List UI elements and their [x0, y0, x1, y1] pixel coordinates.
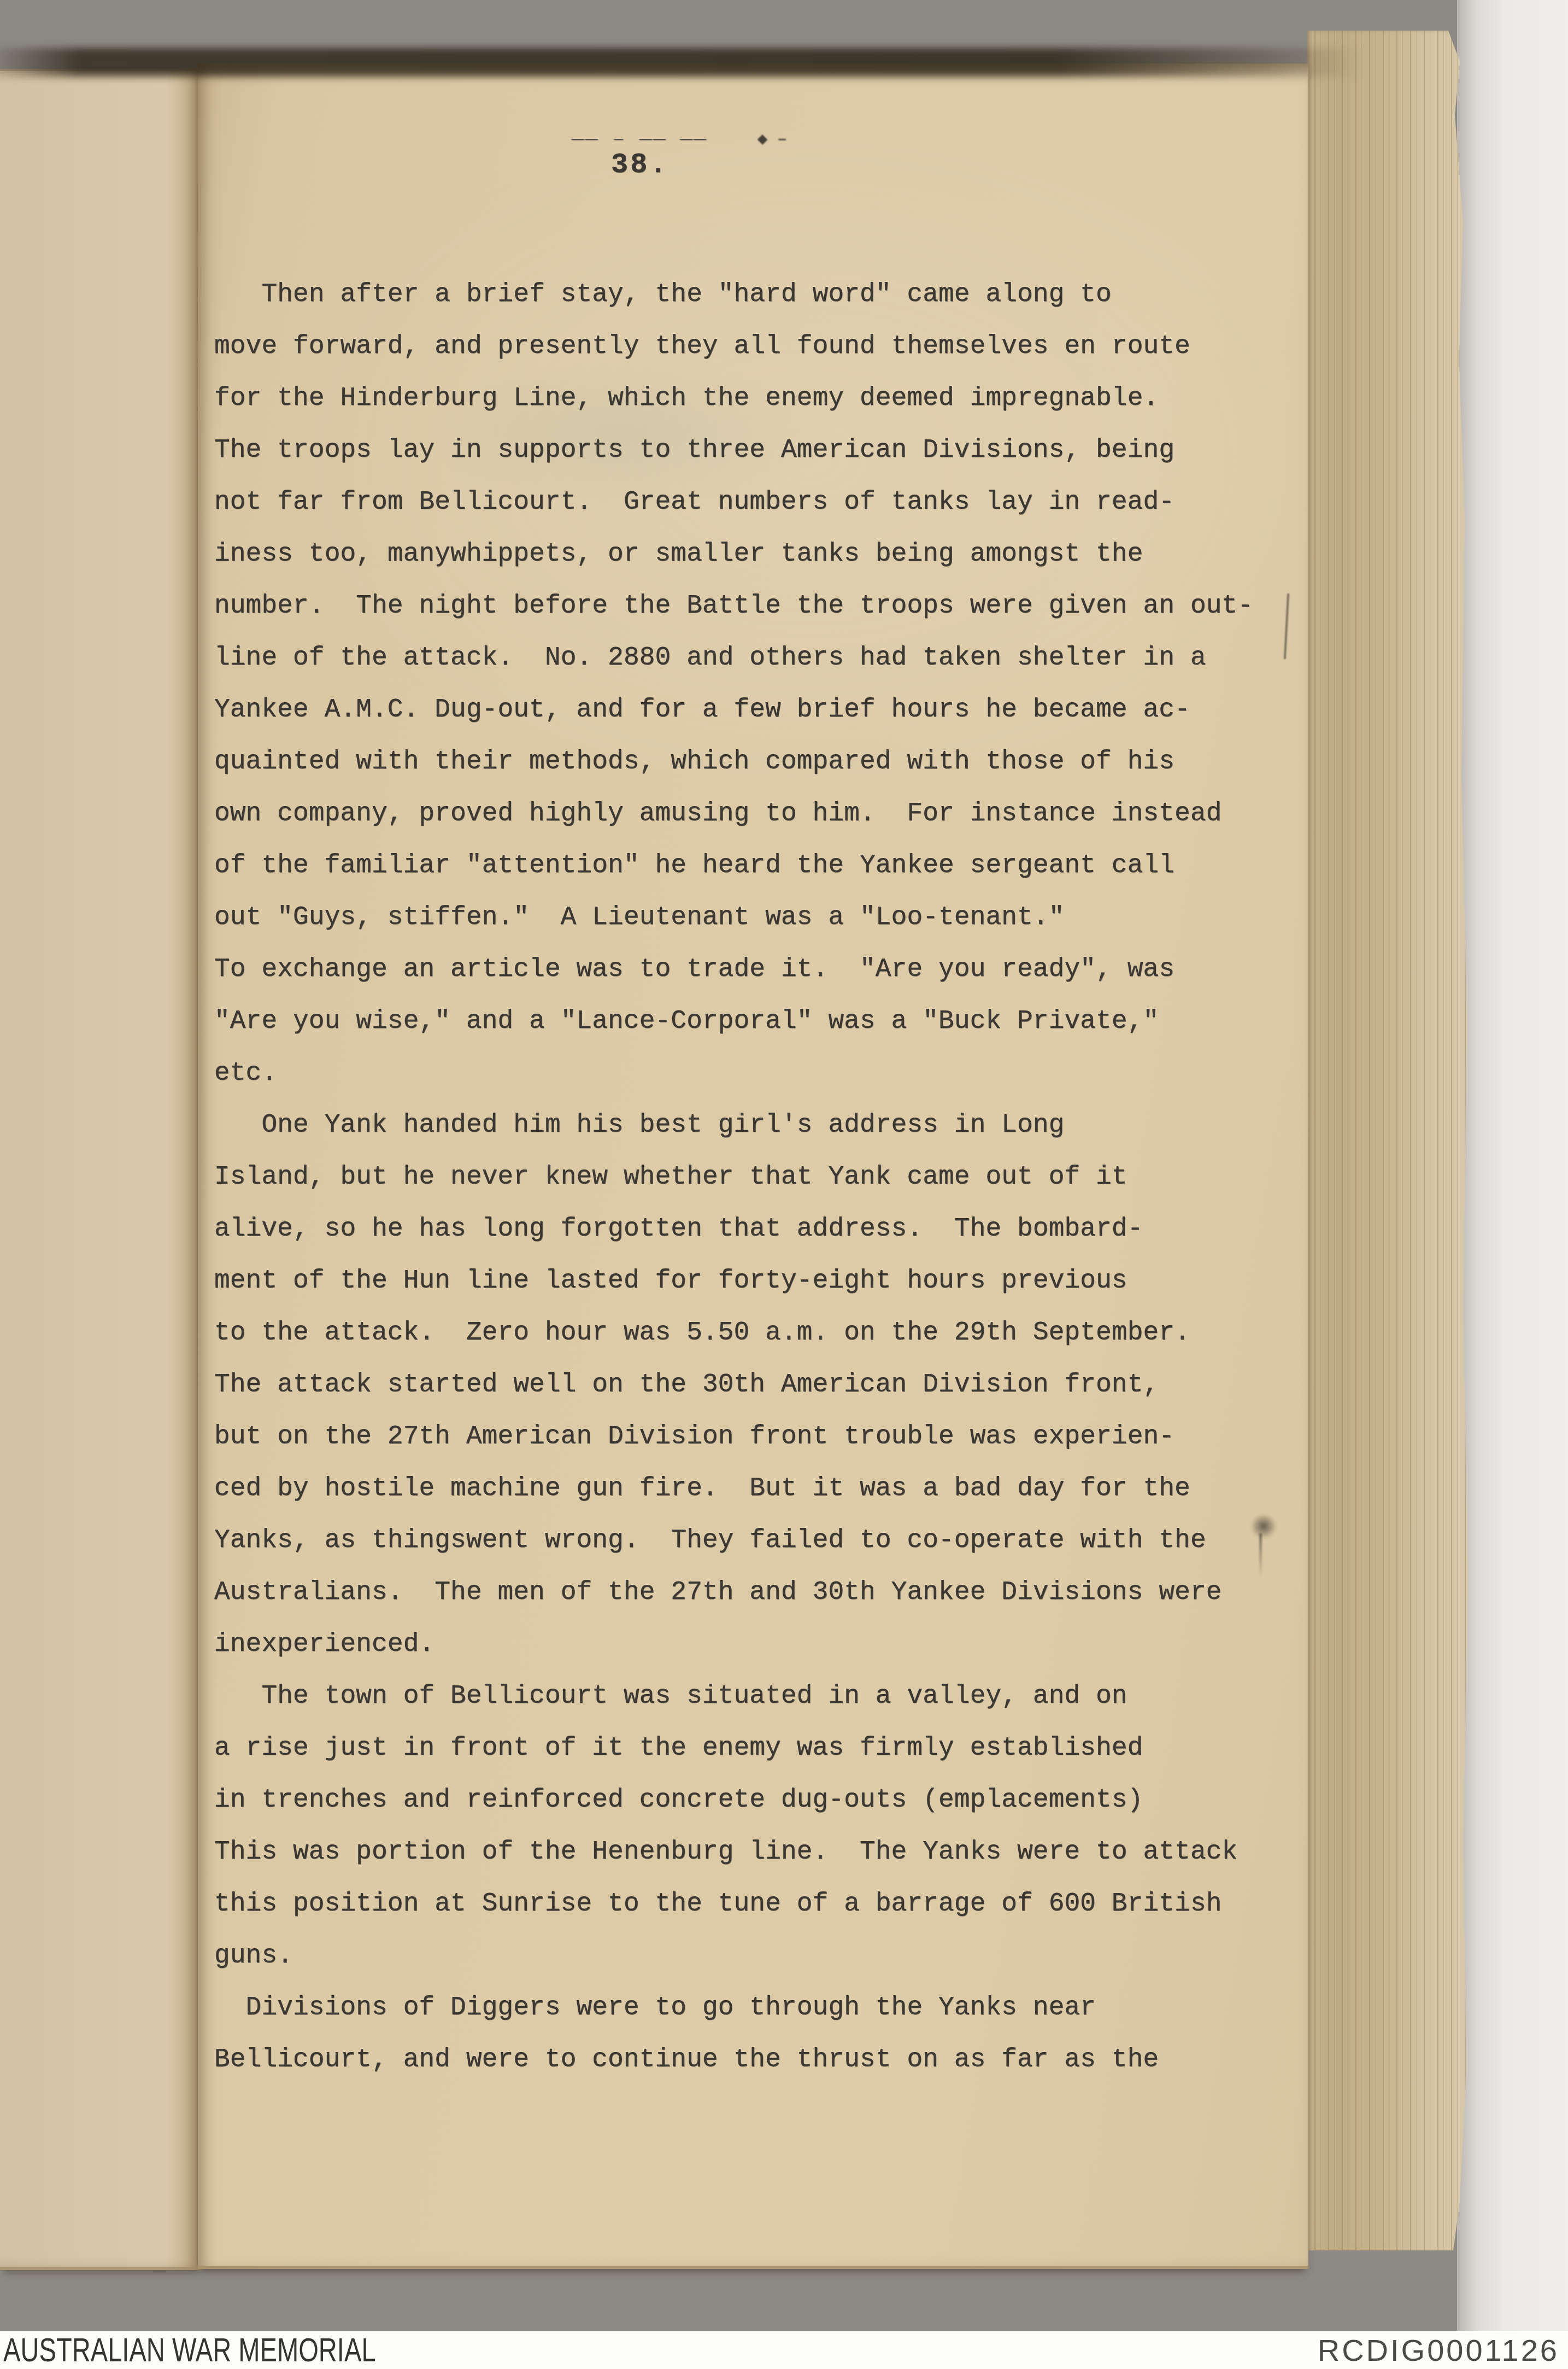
- text-line: quainted with their methods, which compa…: [214, 736, 1305, 788]
- text-line: One Yank handed him his best girl's addr…: [214, 1100, 1305, 1151]
- text-line: To exchange an article was to trade it. …: [214, 944, 1305, 996]
- text-line: etc.: [214, 1048, 1305, 1100]
- text-line: The attack started well on the 30th Amer…: [214, 1359, 1305, 1411]
- text-line: Then after a brief stay, the "hard word"…: [214, 269, 1305, 321]
- text-line: iness too, manywhippets, or smaller tank…: [214, 528, 1305, 580]
- text-line: but on the 27th American Division front …: [214, 1411, 1305, 1463]
- text-line: "Are you wise," and a "Lance-Corporal" w…: [214, 996, 1305, 1048]
- text-line: Australians. The men of the 27th and 30t…: [214, 1567, 1305, 1619]
- text-line: inexperienced.: [214, 1619, 1305, 1671]
- facing-page-edge: [0, 69, 202, 2270]
- text-line: line of the attack. No. 2880 and others …: [214, 632, 1305, 684]
- ink-smudge: [1250, 1514, 1277, 1539]
- text-line: Divisions of Diggers were to go through …: [214, 1982, 1305, 2034]
- text-line: a rise just in front of it the enemy was…: [214, 1723, 1305, 1774]
- text-line: This was portion of the Henenburg line. …: [214, 1826, 1305, 1878]
- text-line: The troops lay in supports to three Amer…: [214, 425, 1305, 477]
- text-line: Bellicourt, and were to continue the thr…: [214, 2034, 1305, 2086]
- footer-bar: AUSTRALIAN WAR MEMORIAL RCDIG0001126: [0, 2331, 1568, 2369]
- text-line: out "Guys, stiffen." A Lieutenant was a …: [214, 892, 1305, 944]
- text-line: Yanks, as thingswent wrong. They failed …: [214, 1515, 1305, 1567]
- ink-dot-mark: ◆ –: [757, 129, 787, 149]
- text-line: in trenches and reinforced concrete dug-…: [214, 1774, 1305, 1826]
- text-line: The town of Bellicourt was situated in a…: [214, 1671, 1305, 1723]
- text-line: ment of the Hun line lasted for forty-ei…: [214, 1255, 1305, 1307]
- scanned-document-photo: —— – —— —— ◆ – 38. Then after a brief st…: [0, 0, 1568, 2369]
- footer-document-id: RCDIG0001126: [1318, 2332, 1559, 2368]
- text-line: own company, proved highly amusing to hi…: [214, 788, 1305, 840]
- text-line: Island, but he never knew whether that Y…: [214, 1151, 1305, 1203]
- struck-out-text: —— – —— ——: [572, 131, 707, 148]
- footer-brand-text: AUSTRALIAN WAR MEMORIAL: [3, 2331, 376, 2369]
- text-line: ced by hostile machine gun fire. But it …: [214, 1463, 1305, 1515]
- text-line: this position at Sunrise to the tune of …: [214, 1878, 1305, 1930]
- text-line: for the Hinderburg Line, which the enemy…: [214, 373, 1305, 425]
- page-number: 38.: [611, 149, 669, 181]
- text-line: guns.: [214, 1930, 1305, 1982]
- text-line: Yankee A.M.C. Dug-out, and for a few bri…: [214, 684, 1305, 736]
- book-top-edge-shadow: [0, 48, 1361, 77]
- ink-drip: [1259, 1533, 1262, 1577]
- backdrop-light-strip: [1457, 0, 1568, 2369]
- text-line: to the attack. Zero hour was 5.50 a.m. o…: [214, 1307, 1305, 1359]
- text-line: of the familiar "attention" he heard the…: [214, 840, 1305, 892]
- text-line: alive, so he has long forgotten that add…: [214, 1203, 1305, 1255]
- text-line: move forward, and presently they all fou…: [214, 321, 1305, 373]
- page-stack-edges: [1307, 31, 1471, 2250]
- typewritten-text: Then after a brief stay, the "hard word"…: [214, 269, 1305, 2086]
- text-line: number. The night before the Battle the …: [214, 580, 1305, 632]
- text-line: not far from Bellicourt. Great numbers o…: [214, 477, 1305, 528]
